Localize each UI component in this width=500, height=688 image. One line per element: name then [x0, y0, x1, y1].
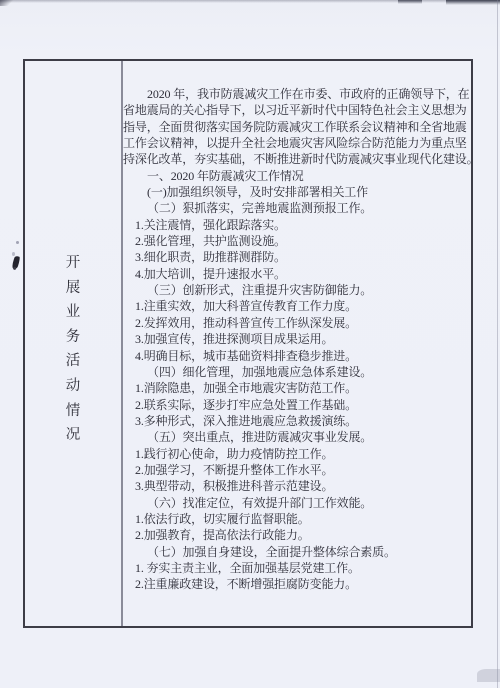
numbered-item-line: 1.践行初心使命，助力疫情防控工作。 [123, 446, 469, 462]
report-body-text: 2020 年，我市防震减灾工作在市委、市政府的正确领导下，在 省地震局的关心指导… [123, 86, 469, 593]
numbered-item-line: 1.关注震情，强化跟踪落实。 [123, 217, 469, 233]
subsection-heading-line: （六）找准定位，有效提升部门工作效能。 [123, 495, 469, 511]
numbered-item-line: 3.典型带动，积极推进科普示范建设。 [123, 478, 469, 494]
row-header-vertical-label: 开 展 业 务 活 动 情 况 [25, 251, 121, 448]
subsection-heading-line: (一)加强组织领导，及时安排部署相关工作 [123, 184, 469, 200]
row-label-char: 活 [66, 349, 81, 374]
row-label-char: 业 [66, 300, 81, 325]
subsection-heading-line: （四）细化管理，加强地震应急体系建设。 [123, 364, 469, 380]
subsection-heading-line: （二）狠抓落实，完善地震监测预报工作。 [123, 200, 469, 216]
text-line: 工作会议精神，以提升全社会地震灾害风险综合防范能力为重点坚 [123, 135, 469, 151]
scan-artifact-bottom-right [477, 669, 500, 682]
numbered-item-line: 4.明确目标，城市基础资料排查稳步推进。 [123, 348, 469, 364]
numbered-item-line: 3.多种形式，深入推进地震应急救援演练。 [123, 413, 469, 429]
subsection-heading-line: （七）加强自身建设，全面提升整体综合素质。 [123, 544, 469, 560]
numbered-item-line: 4.加大培训，提升速报水平。 [123, 266, 469, 282]
scanned-document-page: 开 展 业 务 活 动 情 况 2020 年，我市防震减灾工作在市委、市政府的正… [0, 0, 500, 688]
text-line: 2020 年，我市防震减灾工作在市委、市政府的正确领导下，在 [123, 86, 469, 102]
scan-top-edge-shadow [0, 0, 500, 3]
numbered-item-line: 2.注重廉政建设，不断增强拒腐防变能力。 [123, 576, 469, 592]
row-label-char: 情 [66, 399, 81, 424]
numbered-item-line: 3.细化职责，助推群测群防。 [123, 249, 469, 265]
row-label-char: 况 [66, 423, 81, 448]
text-line: 省地震局的关心指导下，以习近平新时代中国特色社会主义思想为 [123, 102, 469, 118]
row-label-char: 务 [66, 325, 81, 350]
section-heading-line: 一、2020 年防震减灾工作情况 [123, 168, 469, 184]
subsection-heading-line: （三）创新形式，注重提升灾害防御能力。 [123, 282, 469, 298]
scan-artifact-top-left [0, 0, 14, 6]
ink-speck [16, 241, 19, 244]
numbered-item-line: 1.依法行政，切实履行监督职能。 [123, 511, 469, 527]
scan-right-edge-line [497, 0, 498, 688]
numbered-item-line: 2.强化管理，共护监测设施。 [123, 233, 469, 249]
scan-artifact-top-right [398, 0, 422, 4]
row-label-char: 开 [66, 251, 81, 276]
numbered-item-line: 2.发挥效用，推动科普宣传工作纵深发展。 [123, 315, 469, 331]
numbered-item-line: 2.加强学习，不断提升整体工作水平。 [123, 462, 469, 478]
scan-artifact-top-right-corner [446, 0, 500, 5]
row-label-char: 展 [66, 276, 81, 301]
ink-blot-mark [11, 255, 21, 269]
row-label-char: 动 [66, 374, 81, 399]
numbered-item-line: 1.消除隐患，加强全市地震灾害防范工作。 [123, 380, 469, 396]
numbered-item-line: 1.注重实效，加大科普宣传教育工作力度。 [123, 298, 469, 314]
numbered-item-line: 3.加强宣传，推进探测项目成果运用。 [123, 331, 469, 347]
numbered-item-line: 1. 夯实主责主业，全面加强基层党建工作。 [123, 560, 469, 576]
text-line: 持深化改革，夯实基础，不断推进新时代防震减灾事业现代化建设。 [123, 151, 469, 167]
numbered-item-line: 2.加强教育，提高依法行政能力。 [123, 527, 469, 543]
text-line: 指导，全面贯彻落实国务院防震减灾工作联系会议精神和全省地震 [123, 119, 469, 135]
numbered-item-line: 2.联系实际，逐步打牢应急处置工作基础。 [123, 397, 469, 413]
subsection-heading-line: （五）突出重点，推进防震减灾事业发展。 [123, 429, 469, 445]
